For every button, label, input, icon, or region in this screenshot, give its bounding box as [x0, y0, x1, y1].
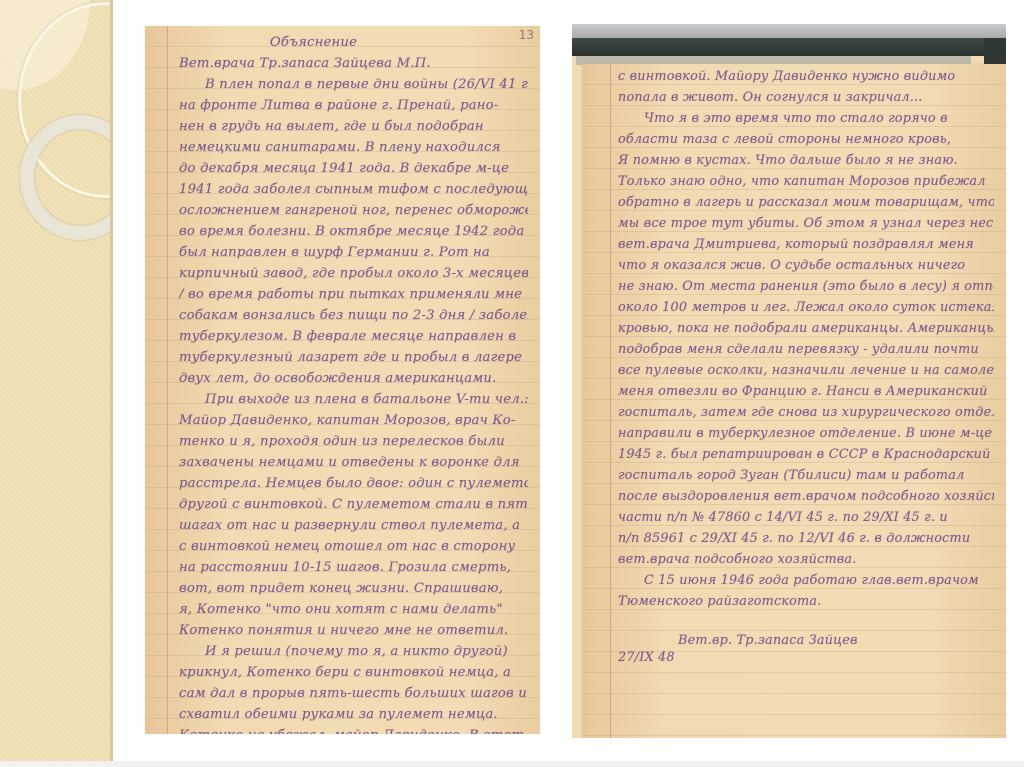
text-line: части п/п № 47860 с 14/VI 45 г. по 29/XI… — [618, 507, 994, 528]
text-line: С 15 июня 1946 года работаю глав.вет.вра… — [618, 570, 994, 591]
text-line: другой с винтовкой. С пулеметом стали в … — [179, 494, 528, 515]
text-line: меня отвезли во Францию г. Нанси в Амери… — [618, 381, 994, 402]
text-line: Тюменского райзаготскота. — [618, 591, 994, 612]
text-line: Только знаю одно, что капитан Морозов пр… — [618, 171, 994, 192]
text-line: вет.врача подсобного хозяйства. — [618, 549, 994, 570]
handwritten-text-right: с винтовкой. Майору Давиденко нужно види… — [582, 66, 1006, 668]
text-line: был направлен в шурф Германии г. Рот на — [179, 242, 528, 263]
text-line: захвачены немцами и отведены к воронке д… — [179, 452, 528, 473]
slide-bottom-strip — [0, 761, 1024, 767]
text-line: на фронте Литва в районе г. Пренай, рано… — [179, 95, 528, 116]
text-line: 1941 года заболел сыпным тифом с последу… — [179, 179, 528, 200]
text-line: При выходе из плена в батальоне V-ти чел… — [179, 389, 528, 410]
text-line: области таза с левой стороны немного кро… — [618, 129, 994, 150]
text-line: шагах от нас и развернули ствол пулемета… — [179, 515, 528, 536]
text-line: туберкулезный лазарет где и пробыл в лаг… — [179, 347, 528, 368]
text-line: 1945 г. был репатриирован в СССР в Красн… — [618, 444, 994, 465]
text-line: В плен попал в первые дни войны (26/VI 4… — [179, 74, 528, 95]
handwritten-text-left: Объяснение Вет.врача Тр.запаса Зайцева М… — [145, 32, 540, 734]
binder-cover — [572, 38, 1006, 56]
text-line: Котенко не убежал, майор Давиденко. В эт… — [179, 725, 528, 734]
text-line: госпиталь город Зуган (Тбилиси) там и ра… — [618, 465, 994, 486]
text-line: крикнул, Котенко бери с винтовкой немца,… — [179, 662, 528, 683]
text-line: обратно в лагерь и рассказал моим товари… — [618, 192, 994, 213]
text-line: с винтовкой немец отошел от нас в сторон… — [179, 536, 528, 557]
text-line: вет.врача Дмитриева, который поздравлял … — [618, 234, 994, 255]
text-line: Я помню в кустах. Что дальше было я не з… — [618, 150, 994, 171]
text-line: расстрела. Немцев было двое: один с пуле… — [179, 473, 528, 494]
text-line: туберкулезом. В феврале месяце направлен… — [179, 326, 528, 347]
text-line: схватил обеими руками за пулемет немца. — [179, 704, 528, 725]
decorative-sidebar — [0, 0, 113, 767]
text-line: на расстоянии 10-15 шагов. Грозила смерт… — [179, 557, 528, 578]
text-line: подобрав меня сделали перевязку - удалил… — [618, 339, 994, 360]
author-line: Вет.врача Тр.запаса Зайцева М.П. — [179, 53, 528, 74]
document-title: Объяснение — [179, 32, 528, 53]
text-line: во время болезни. В октябре месяце 1942 … — [179, 221, 528, 242]
text-line: до декабря месяца 1941 года. В декабре м… — [179, 158, 528, 179]
text-line: Котенко понятия и ничего мне не ответил. — [179, 620, 528, 641]
text-line: после выздоровления вет.врачом подсобног… — [618, 486, 994, 507]
text-line: мы все трое тут убиты. Об этом я узнал ч… — [618, 213, 994, 234]
text-line: осложнением гангреной ног, перенес обмор… — [179, 200, 528, 221]
text-line: попала в живот. Он согнулся и закричал..… — [618, 87, 994, 108]
text-line: я, Котенко "что они хотят с нами делать" — [179, 599, 528, 620]
text-line: тенко и я, проходя один из перелесков бы… — [179, 431, 528, 452]
text-line: кровью, пока не подобрали американцы. Ам… — [618, 318, 994, 339]
text-line: кирпичный завод, где пробыл около 3-х ме… — [179, 263, 528, 284]
text-line: п/п 85961 с 29/XI 45 г. по 12/VI 46 г. в… — [618, 528, 994, 549]
text-line: Майор Давиденко, капитан Морозов, врач К… — [179, 410, 528, 431]
text-line: не знаю. От места ранения (это было в ле… — [618, 276, 994, 297]
right-document-page: с винтовкой. Майору Давиденко нужно види… — [582, 64, 1006, 738]
text-line: двух лет, до освобождения американцами. — [179, 368, 528, 389]
text-line: / во время работы при пытках применяли м… — [179, 284, 528, 305]
text-line: госпиталь, затем где снова из хирургичес… — [618, 402, 994, 423]
text-line: что я оказался жив. О судьбе остальных н… — [618, 255, 994, 276]
text-line: с винтовкой. Майору Давиденко нужно види… — [618, 66, 994, 87]
text-line: все пулевые осколки, назначили лечение и… — [618, 360, 994, 381]
text-line: Что я в это время что то стало горячо в — [618, 108, 994, 129]
text-line: немецкими санитарами. В плену находился — [179, 137, 528, 158]
text-line: И я решил (почему то я, а никто другой) — [179, 641, 528, 662]
text-line: нен в грудь на вылет, где и был подобран — [179, 116, 528, 137]
text-line: вот, вот придет конец жизни. Спрашиваю, — [179, 578, 528, 599]
text-line: направили в туберкулезное отделение. В и… — [618, 423, 994, 444]
text-line: сам дал в прорыв пять-шесть больших шаго… — [179, 683, 528, 704]
text-line: собакам вонзались без пищи по 2-3 дня / … — [179, 305, 528, 326]
right-document-photo: с винтовкой. Майору Давиденко нужно види… — [572, 24, 1006, 738]
binder-edge — [572, 24, 1006, 38]
text-line: около 100 метров и лег. Лежал около суто… — [618, 297, 994, 318]
left-document-page: 13 Объяснение Вет.врача Тр.запаса Зайцев… — [145, 26, 540, 734]
